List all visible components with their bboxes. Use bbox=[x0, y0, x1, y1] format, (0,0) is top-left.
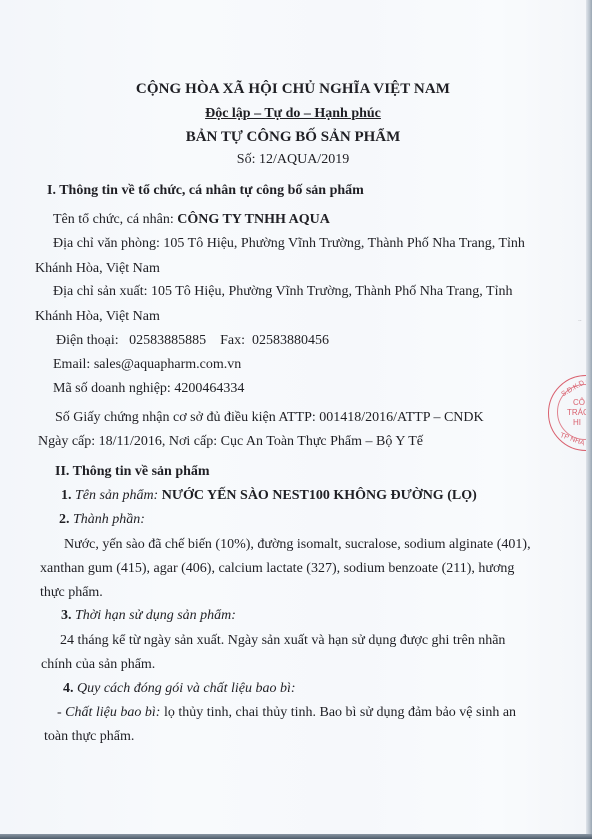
packaging-material-line2: toàn thực phẩm. bbox=[44, 729, 134, 745]
section2-heading: II. Thông tin về sản phẩm bbox=[55, 464, 210, 480]
shelf-life-line2: chính của sản phẩm. bbox=[41, 657, 155, 673]
packaging-material-label: - Chất liệu bao bì: bbox=[57, 705, 164, 720]
ingredients-line3: thực phẩm. bbox=[40, 585, 103, 601]
ingredients-line1: Nước, yến sào đã chế biến (10%), đường i… bbox=[64, 537, 531, 553]
certificate-line2: Ngày cấp: 18/11/2016, Nơi cấp: Cục An To… bbox=[38, 434, 423, 450]
office-address-line1: Địa chỉ văn phòng: 105 Tô Hiệu, Phường V… bbox=[53, 236, 525, 252]
packaging-spec-label: Quy cách đóng gói và chất liệu bao bì: bbox=[77, 681, 296, 696]
shelf-life-line1: 24 tháng kể từ ngày sản xuất. Ngày sản x… bbox=[60, 633, 505, 649]
certificate-line1: Số Giấy chứng nhận cơ sở đủ điều kiện AT… bbox=[55, 410, 484, 426]
document-title: BẢN TỰ CÔNG BỐ SẢN PHẨM bbox=[0, 129, 586, 145]
email: Email: sales@aquapharm.com.vn bbox=[53, 357, 241, 373]
product-name-label: Tên sản phẩm: bbox=[75, 488, 162, 503]
ingredients-label: Thành phần: bbox=[73, 512, 145, 527]
document-page: CỘNG HÒA XÃ HỘI CHỦ NGHĨA VIỆT NAM Độc l… bbox=[0, 0, 586, 834]
item3-number: 3. bbox=[61, 608, 75, 623]
stamp-center-line3: HI bbox=[573, 418, 581, 427]
motto: Độc lập – Tự do – Hạnh phúc bbox=[0, 106, 586, 122]
stamp-center-line1: CÔ bbox=[573, 398, 585, 407]
shelf-life-label: Thời hạn sử dụng sản phẩm: bbox=[75, 608, 236, 623]
item2-number: 2. bbox=[59, 512, 73, 527]
motto-text: Độc lập – Tự do – Hạnh phúc bbox=[205, 106, 381, 121]
scan-speck: ·∙ bbox=[578, 318, 582, 324]
org-name-line: Tên tổ chức, cá nhân: CÔNG TY TNHH AQUA bbox=[53, 212, 330, 228]
section1-heading: I. Thông tin về tổ chức, cá nhân tự công… bbox=[47, 183, 364, 199]
tax-code: Mã số doanh nghiệp: 4200464334 bbox=[53, 381, 244, 397]
item1-number: 1. bbox=[61, 488, 75, 503]
product-name-line: 1. Tên sản phẩm: NƯỚC YẾN SÀO NEST100 KH… bbox=[61, 488, 477, 504]
packaging-material-line1: - Chất liệu bao bì: lọ thủy tinh, chai t… bbox=[57, 705, 516, 721]
packaging-heading: 4. Quy cách đóng gói và chất liệu bao bì… bbox=[63, 681, 296, 697]
nation-title: CỘNG HÒA XÃ HỘI CHỦ NGHĨA VIỆT NAM bbox=[0, 81, 586, 97]
item4-number: 4. bbox=[63, 681, 77, 696]
page-right-edge bbox=[586, 0, 592, 839]
factory-address-line1: Địa chỉ sản xuất: 105 Tô Hiệu, Phường Vĩ… bbox=[53, 284, 512, 300]
document-number: Số: 12/AQUA/2019 bbox=[0, 152, 586, 168]
shelf-life-heading: 3. Thời hạn sử dụng sản phẩm: bbox=[61, 608, 236, 624]
org-name-value: CÔNG TY TNHH AQUA bbox=[177, 212, 330, 227]
ingredients-heading: 2. Thành phần: bbox=[59, 512, 145, 528]
ingredients-line2: xanthan gum (415), agar (406), calcium l… bbox=[40, 561, 514, 577]
office-address-line2: Khánh Hòa, Việt Nam bbox=[35, 261, 160, 277]
packaging-material-value: lọ thủy tinh, chai thủy tinh. Bao bì sử … bbox=[164, 705, 516, 720]
phone-fax: Điện thoại: 02583885885 Fax: 02583880456 bbox=[56, 333, 329, 349]
org-name-label: Tên tổ chức, cá nhân: bbox=[53, 212, 177, 227]
factory-address-line2: Khánh Hòa, Việt Nam bbox=[35, 309, 160, 325]
product-name-value: NƯỚC YẾN SÀO NEST100 KHÔNG ĐƯỜNG (LỌ) bbox=[162, 488, 477, 503]
page-bottom-edge bbox=[0, 834, 592, 839]
